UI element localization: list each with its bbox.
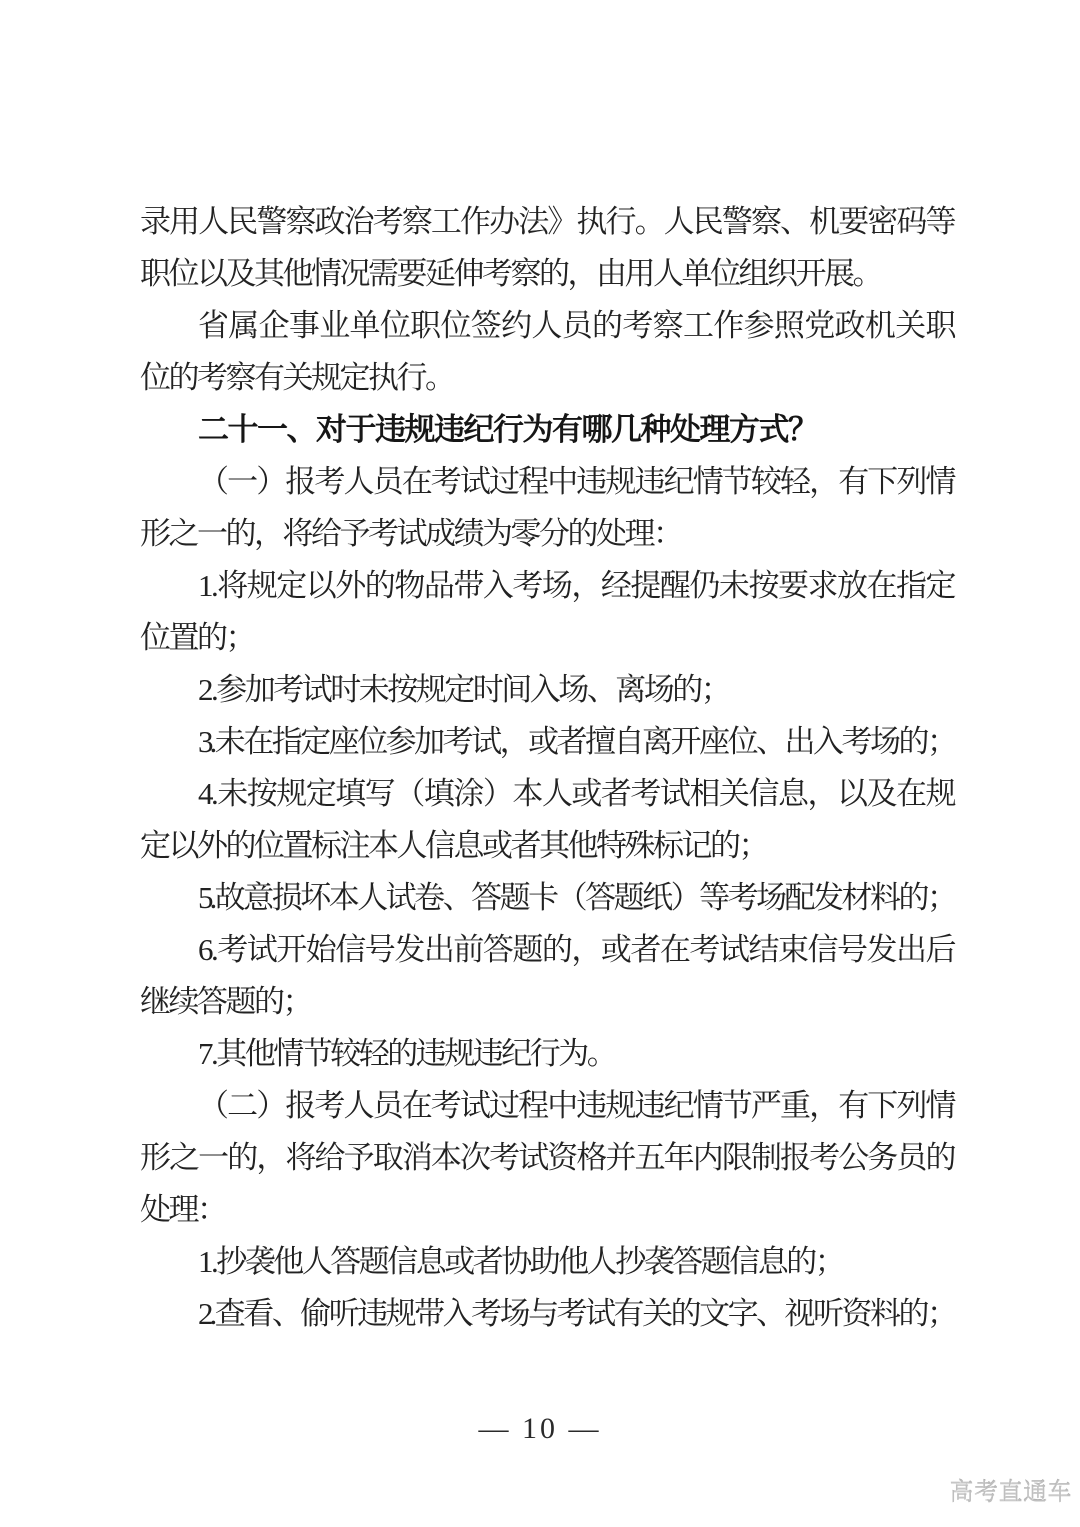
text-line: 5.故意损坏本人试卷、答题卡（答题纸）等考场配发材料的； [140,872,954,924]
text-line: 录用人民警察政治考察工作办法》执行。人民警察、机要密码等 [140,196,954,248]
section-heading: 二十一、对于违规违纪行为有哪几种处理方式？ [140,404,954,456]
page-number: — 10 — [0,1412,1080,1446]
text-line: 省属企事业单位职位签约人员的考察工作参照党政机关职 [140,300,954,352]
text-line: 3.未在指定座位参加考试，或者擅自离开座位、出入考场的； [140,716,954,768]
text-line: 2.参加考试时未按规定时间入场、离场的； [140,664,954,716]
text-line: 定以外的位置标注本人信息或者其他特殊标记的； [140,820,954,872]
watermark-gaokao-zhitongche: 高考直通车 [950,1472,1073,1507]
text-line: 1.将规定以外的物品带入考场，经提醒仍未按要求放在指定 [140,560,954,612]
text-line: 继续答题的； [140,976,954,1028]
text-line: 职位以及其他情况需要延伸考察的，由用人单位组织开展。 [140,248,954,300]
text-line: 形之一的，将给予考试成绩为零分的处理： [140,508,954,560]
text-line: 位置的； [140,612,954,664]
text-line: 1.抄袭他人答题信息或者协助他人抄袭答题信息的； [140,1236,954,1288]
text-line: 形之一的，将给予取消本次考试资格并五年内限制报考公务员的 [140,1132,954,1184]
text-line: 位的考察有关规定执行。 [140,352,954,404]
document-text-block: 录用人民警察政治考察工作办法》执行。人民警察、机要密码等职位以及其他情况需要延伸… [140,196,954,1340]
text-line: 2.查看、偷听违规带入考场与考试有关的文字、视听资料的； [140,1288,954,1340]
document-page: 录用人民警察政治考察工作办法》执行。人民警察、机要密码等职位以及其他情况需要延伸… [0,0,1080,1527]
text-line: 处理： [140,1184,954,1236]
text-line: 7.其他情节较轻的违规违纪行为。 [140,1028,954,1080]
text-line: 6.考试开始信号发出前答题的，或者在考试结束信号发出后 [140,924,954,976]
text-line: 4.未按规定填写（填涂）本人或者考试相关信息，以及在规 [140,768,954,820]
text-line: （一）报考人员在考试过程中违规违纪情节较轻，有下列情 [140,456,954,508]
text-line: （二）报考人员在考试过程中违规违纪情节严重，有下列情 [140,1080,954,1132]
